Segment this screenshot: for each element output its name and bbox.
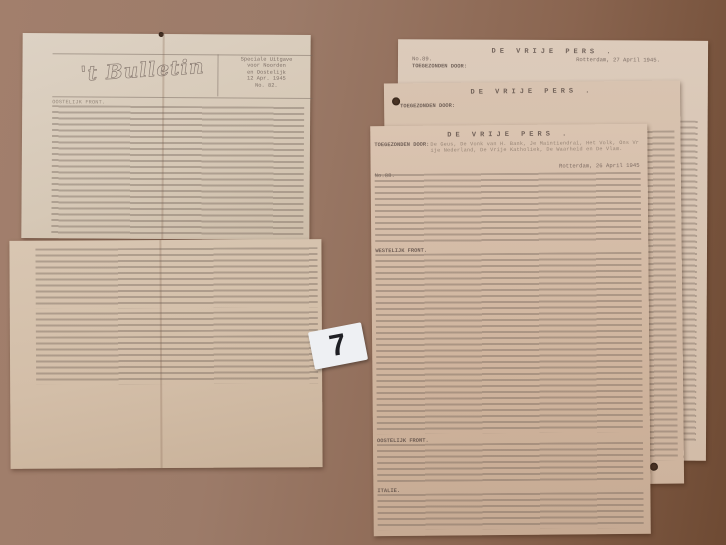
newspaper-title: DE VRIJE PERS . [384, 86, 680, 97]
issue-date: Rotterdam, 27 April 1945. [576, 56, 660, 63]
punch-hole [392, 97, 400, 105]
lead-text: De Geus, De Vonk van H. Bank, Je Maintie… [430, 140, 640, 154]
typewritten-paragraph [36, 335, 318, 384]
section-heading: TOEGEZONDEN DOOR: [400, 103, 455, 110]
newspaper-sheet-vrije-pers-front: DE VRIJE PERS . TOEGEZONDEN DOOR: De Geu… [370, 124, 651, 536]
side-line: No. 82. [222, 82, 310, 89]
masthead-side-info: Speciale Uitgave voor Noorden en Oosteli… [222, 56, 310, 89]
newspaper-title: DE VRIJE PERS . [398, 47, 708, 57]
typewritten-body [51, 105, 304, 237]
newspaper-sheet-continuation [9, 239, 322, 469]
newspaper-sheet-bulletin: 't Bulletin Speciale Uitgave voor Noorde… [21, 33, 310, 240]
typewritten-paragraph [36, 311, 318, 332]
issue-date: Rotterdam, 26 April 1945 [559, 162, 640, 170]
section-heading: TOEGEZONDEN DOOR: [412, 63, 467, 69]
typewritten-body [377, 442, 643, 482]
typewritten-paragraph [35, 247, 317, 308]
section-heading: TOEGEZONDEN DOOR: [374, 142, 429, 148]
issue-number: No.89. [412, 55, 432, 62]
typewritten-body [375, 252, 643, 434]
newspaper-title: DE VRIJE PERS . [370, 130, 647, 140]
lot-number: 7 [308, 324, 367, 368]
typewritten-body [375, 172, 642, 244]
punch-hole [650, 463, 658, 471]
typewritten-body [377, 492, 643, 530]
